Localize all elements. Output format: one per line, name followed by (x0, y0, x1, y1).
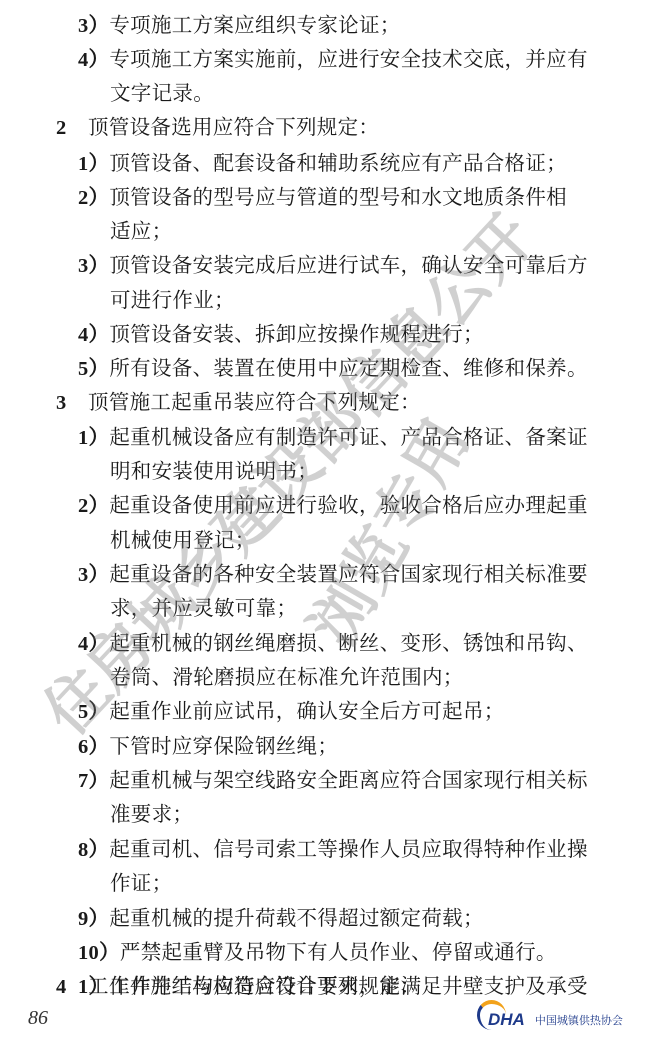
line-text: 起重机械的提升荷载不得超过额定荷载； (109, 906, 483, 930)
line-text: 文字记录。 (110, 81, 214, 105)
list-item-continuation: 卷筒、滑轮磨损应在标准允许范围内； (110, 664, 464, 690)
section-number: 3 (56, 390, 88, 416)
list-item: 5）所有设备、装置在使用中应定期检查、维修和保养。 (78, 355, 588, 382)
item-number: 2） (78, 493, 109, 519)
line-text: 工作井结构应符合设计要求，能满足井壁支护及承受 (109, 974, 587, 998)
line-text: 起重机械与架空线路安全距离应符合国家现行相关标 (109, 768, 587, 792)
list-item: 2）顶管设备的型号应与管道的型号和水文地质条件相 (78, 184, 567, 211)
item-number: 6） (78, 734, 109, 760)
list-item-continuation: 可进行作业； (110, 287, 235, 313)
section-heading: 3顶管施工起重吊装应符合下列规定： (56, 389, 421, 416)
item-number: 9） (78, 906, 109, 932)
list-item: 8）起重司机、信号司索工等操作人员应取得特种作业操 (78, 836, 588, 863)
line-text: 起重司机、信号司索工等操作人员应取得特种作业操 (109, 837, 587, 861)
line-text: 起重设备的各种安全装置应符合国家现行相关标准要 (109, 562, 587, 586)
publisher-logo: DHA 中国城镇供热协会 (480, 1005, 655, 1035)
line-text: 下管时应穿保险钢丝绳； (109, 734, 338, 758)
list-item: 6）下管时应穿保险钢丝绳； (78, 733, 338, 760)
item-number: 4） (78, 322, 109, 348)
list-item: 1）顶管设备、配套设备和辅助系统应有产品合格证； (78, 150, 567, 177)
item-number: 5） (78, 699, 109, 725)
line-text: 顶管设备安装完成后应进行试车，确认安全可靠后方 (109, 253, 587, 277)
logo-mark-text: DHA (488, 1010, 525, 1029)
document-page: 3）专项施工方案应组织专家论证；4）专项施工方案实施前，应进行安全技术交底，并应… (0, 0, 655, 1049)
list-item-continuation: 适应； (110, 218, 172, 244)
item-number: 8） (78, 837, 109, 863)
page-number: 86 (28, 1007, 48, 1030)
item-number: 1） (78, 151, 109, 177)
item-number: 10） (78, 940, 120, 966)
item-number: 1） (78, 425, 109, 451)
line-text: 起重设备使用前应进行验收，验收合格后应办理起重 (109, 493, 587, 517)
item-number: 7） (78, 768, 109, 794)
list-item: 7）起重机械与架空线路安全距离应符合国家现行相关标 (78, 767, 588, 794)
line-text: 适应； (110, 219, 172, 243)
list-item-continuation: 作证； (110, 870, 172, 896)
section-heading: 2顶管设备选用应符合下列规定： (56, 114, 379, 141)
line-text: 起重机械设备应有制造许可证、产品合格证、备案证 (109, 425, 587, 449)
item-number: 4） (78, 47, 109, 73)
logo-org-name: 中国城镇供热协会 (535, 1012, 623, 1028)
item-number: 3） (78, 562, 109, 588)
item-number: 5） (78, 356, 109, 382)
list-item: 10）严禁起重臂及吊物下有人员作业、停留或通行。 (78, 939, 557, 966)
dha-logo-icon: DHA (480, 1010, 525, 1030)
list-item: 1）起重机械设备应有制造许可证、产品合格证、备案证 (78, 424, 588, 451)
list-item-continuation: 文字记录。 (110, 80, 214, 106)
line-text: 顶管设备、配套设备和辅助系统应有产品合格证； (109, 151, 567, 175)
line-text: 起重机械的钢丝绳磨损、断丝、变形、锈蚀和吊钩、 (109, 631, 587, 655)
list-item: 4）顶管设备安装、拆卸应按操作规程进行； (78, 321, 484, 348)
list-item: 3）顶管设备安装完成后应进行试车，确认安全可靠后方 (78, 252, 588, 279)
line-text: 顶管设备选用应符合下列规定： (88, 115, 379, 139)
item-number: 1） (78, 974, 109, 1000)
line-text: 作证； (110, 871, 172, 895)
list-item: 1）工作井结构应符合设计要求，能满足井壁支护及承受 (78, 973, 588, 1000)
section-number: 2 (56, 115, 88, 141)
list-item: 2）起重设备使用前应进行验收，验收合格后应办理起重 (78, 492, 588, 519)
list-item: 3）专项施工方案应组织专家论证； (78, 12, 401, 39)
line-text: 起重作业前应试吊，确认安全后方可起吊； (109, 699, 504, 723)
line-text: 专项施工方案实施前，应进行安全技术交底，并应有 (109, 47, 587, 71)
line-text: 机械使用登记； (110, 528, 256, 552)
item-number: 2） (78, 185, 109, 211)
list-item-continuation: 求，并应灵敏可靠； (110, 595, 297, 621)
line-text: 明和安装使用说明书； (110, 459, 318, 483)
line-text: 所有设备、装置在使用中应定期检查、维修和保养。 (109, 356, 587, 380)
item-number: 4） (78, 631, 109, 657)
list-item: 5）起重作业前应试吊，确认安全后方可起吊； (78, 698, 505, 725)
list-item: 4）专项施工方案实施前，应进行安全技术交底，并应有 (78, 46, 588, 73)
line-text: 求，并应灵敏可靠； (110, 596, 297, 620)
list-item: 9）起重机械的提升荷载不得超过额定荷载； (78, 905, 484, 932)
line-text: 顶管设备安装、拆卸应按操作规程进行； (109, 322, 483, 346)
line-text: 专项施工方案应组织专家论证； (109, 13, 400, 37)
line-text: 卷筒、滑轮磨损应在标准允许范围内； (110, 665, 464, 689)
line-text: 准要求； (110, 802, 193, 826)
list-item-continuation: 机械使用登记； (110, 527, 256, 553)
list-item-continuation: 准要求； (110, 801, 193, 827)
item-number: 3） (78, 253, 109, 279)
list-item: 3）起重设备的各种安全装置应符合国家现行相关标准要 (78, 561, 588, 588)
list-item: 4）起重机械的钢丝绳磨损、断丝、变形、锈蚀和吊钩、 (78, 630, 588, 657)
line-text: 顶管施工起重吊装应符合下列规定： (88, 390, 421, 414)
line-text: 顶管设备的型号应与管道的型号和水文地质条件相 (109, 185, 567, 209)
list-item-continuation: 明和安装使用说明书； (110, 458, 318, 484)
line-text: 严禁起重臂及吊物下有人员作业、停留或通行。 (120, 940, 557, 964)
line-text: 可进行作业； (110, 288, 235, 312)
item-number: 3） (78, 13, 109, 39)
